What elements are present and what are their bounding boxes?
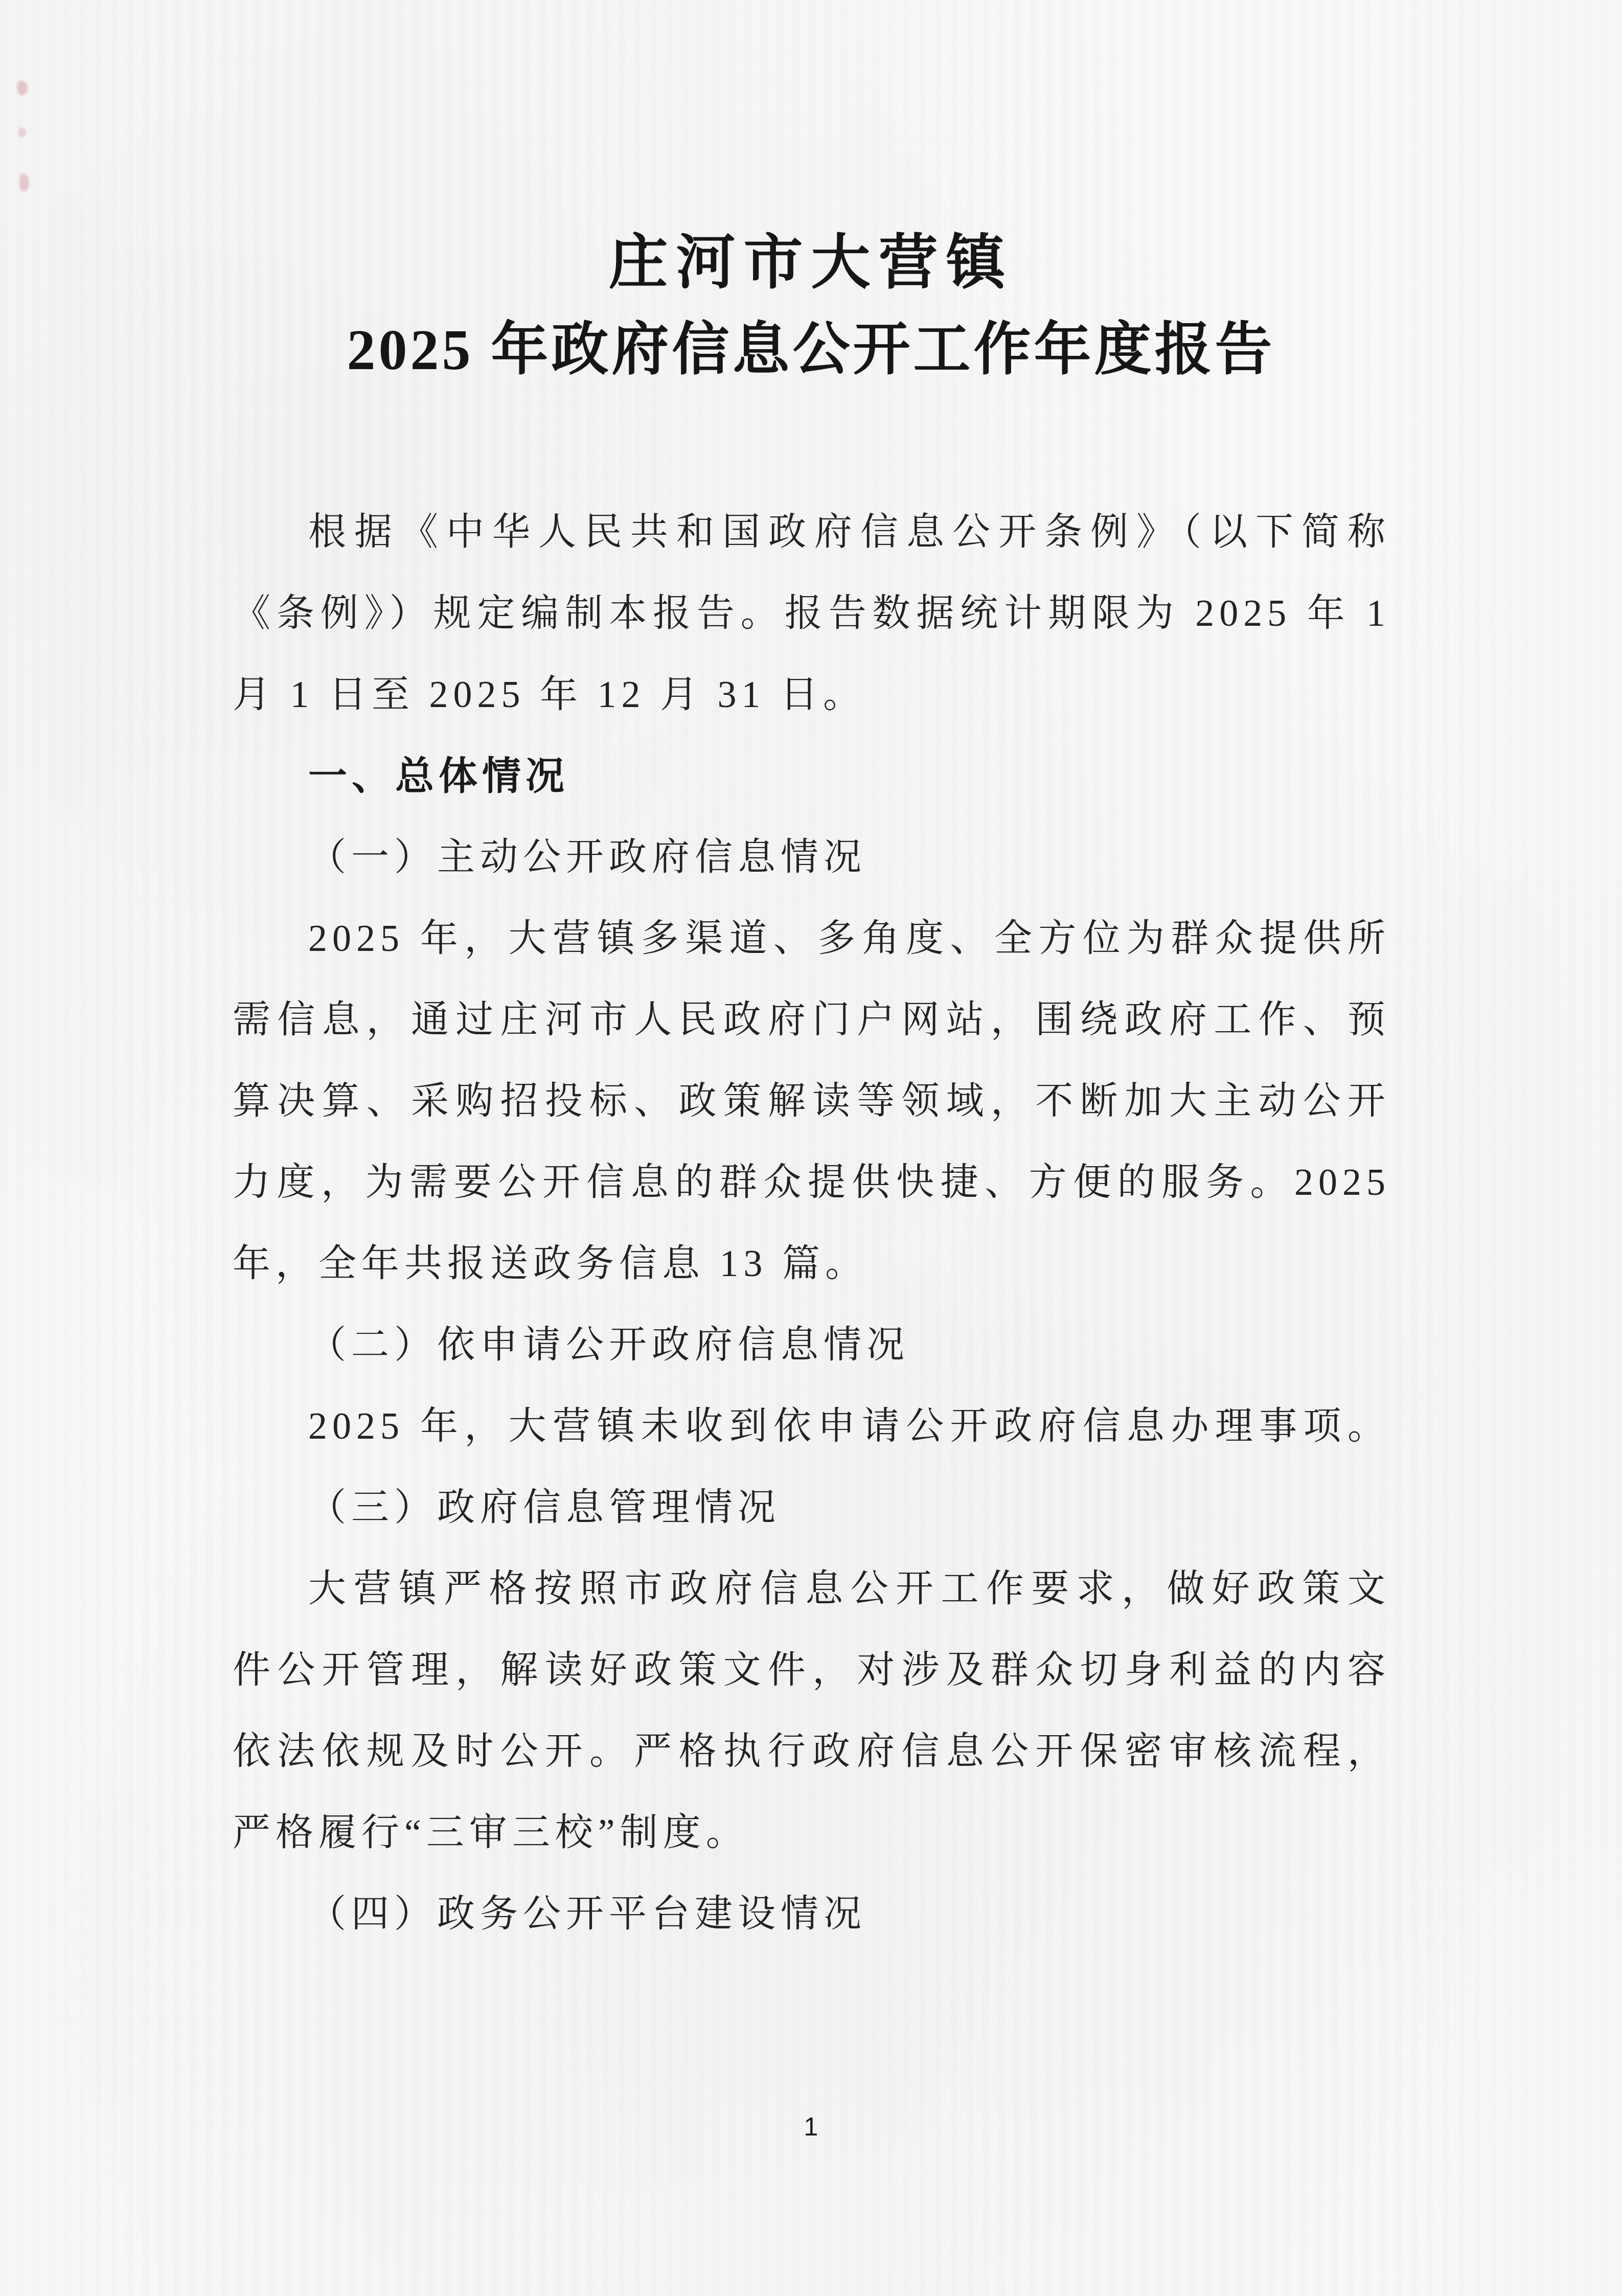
document-title-line1: 庄河市大营镇 [0, 220, 1622, 307]
scan-artifact [18, 128, 26, 137]
text-line: 月 1 日至 2025 年 12 月 31 日。 [233, 654, 1390, 736]
subsection-heading: （一）主动公开政府信息情况 [233, 817, 1390, 898]
document-page: 庄河市大营镇 2025 年政府信息公开工作年度报告 根据《中华人民共和国政府信息… [0, 0, 1622, 2296]
text-line: 《条例》）规定编制本报告。报告数据统计期限为 2025 年 1 [233, 573, 1390, 654]
text-line: 件公开管理，解读好政策文件，对涉及群众切身利益的内容 [233, 1630, 1390, 1711]
page-number: 1 [0, 2105, 1622, 2148]
text-line: 算决算、采购招投标、政策解读等领域，不断加大主动公开 [233, 1061, 1390, 1142]
text-line: 依法依规及时公开。严格执行政府信息公开保密审核流程， [233, 1711, 1390, 1792]
text-line: 年，全年共报送政务信息 13 篇。 [233, 1223, 1390, 1305]
document-title-line2: 2025 年政府信息公开工作年度报告 [0, 307, 1622, 394]
section-heading: 一、总体情况 [233, 736, 1390, 817]
text-line: 根据《中华人民共和国政府信息公开条例》（以下简称 [233, 492, 1390, 573]
body-text: 根据《中华人民共和国政府信息公开条例》（以下简称 《条例》）规定编制本报告。报告… [233, 492, 1390, 1955]
scan-artifact [17, 81, 28, 95]
text-line: 严格履行“三审三校”制度。 [233, 1792, 1390, 1874]
scan-artifact [19, 174, 29, 191]
subsection-heading: （三）政府信息管理情况 [233, 1467, 1390, 1549]
text-line: 大营镇严格按照市政府信息公开工作要求，做好政策文 [233, 1549, 1390, 1630]
text-line: 力度，为需要公开信息的群众提供快捷、方便的服务。2025 [233, 1142, 1390, 1223]
text-line: 2025 年，大营镇未收到依申请公开政府信息办理事项。 [233, 1386, 1390, 1467]
document-title: 庄河市大营镇 2025 年政府信息公开工作年度报告 [0, 220, 1622, 394]
text-line: 需信息，通过庄河市人民政府门户网站，围绕政府工作、预 [233, 980, 1390, 1061]
text-line: 2025 年，大营镇多渠道、多角度、全方位为群众提供所 [233, 898, 1390, 980]
subsection-heading: （四）政务公开平台建设情况 [233, 1874, 1390, 1955]
subsection-heading: （二）依申请公开政府信息情况 [233, 1305, 1390, 1386]
